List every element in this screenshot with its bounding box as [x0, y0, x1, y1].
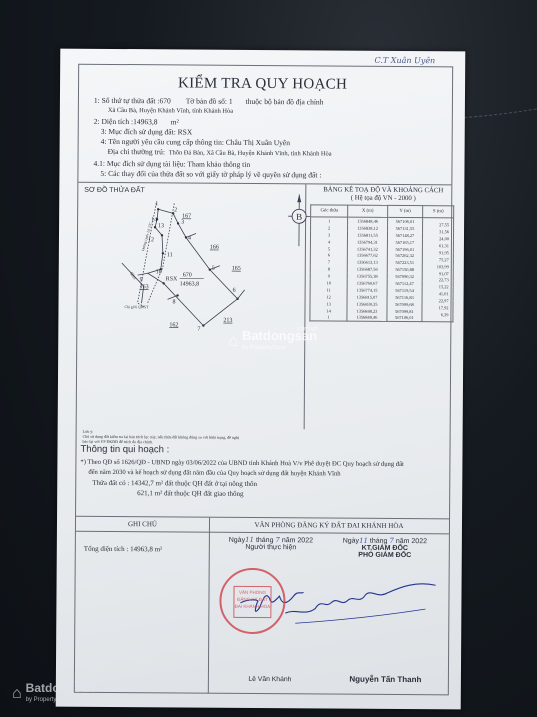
date-day: 11 — [245, 536, 254, 544]
table-row: 11356848,46567106,016,39 — [310, 314, 453, 322]
vertex-14: 14 — [151, 217, 157, 223]
distance: 6,39 — [422, 311, 453, 319]
right-signer-name: Nguyễn Tấn Thanh — [333, 675, 438, 685]
right-signature-scribble — [275, 568, 445, 629]
stamp-text: VĂN PHÒNG ĐĂNG KÝ ĐẤT ĐAI KHÁNH HÒA — [233, 586, 271, 618]
vertex-12: 12 — [148, 237, 154, 243]
right-signature-block: Ngày11 tháng 7 năm 2022 KT.GIÁM ĐỐC PHÓ … — [326, 536, 444, 559]
left-signature-block: Ngày11 tháng 7 năm 2022 Người thực hiện — [212, 536, 330, 552]
vertex-2: 2 — [174, 207, 177, 213]
neighbor-parcel-167: 167 — [182, 213, 191, 219]
right-role-2: PHÓ GIÁM ĐỐC — [326, 551, 444, 559]
document-title: KIỂM TRA QUY HOẠCH — [60, 75, 465, 95]
coordinate-table: Góc thửaX (m)Y (m)S (m) 11356848,4656710… — [309, 204, 454, 322]
column-header: X (m) — [348, 205, 388, 217]
planning-document: C.T Xuân Uyên KIỂM TRA QUY HOẠCH 1: Số t… — [56, 49, 466, 710]
area-unit: m² — [171, 117, 179, 126]
vertex-3: 3 — [181, 219, 184, 225]
planning-heading: Thông tin qui hoạch : — [80, 445, 449, 458]
coordinate-system: ( Hệ tọa độ VN - 2000 ) — [310, 194, 456, 203]
vertex-1: 1 — [155, 201, 158, 207]
column-header: Y (m) — [387, 205, 423, 217]
vertex-5: 5 — [212, 266, 215, 272]
svg-text:14963,8: 14963,8 — [180, 281, 200, 287]
neighbor-parcel-213: 213 — [223, 318, 232, 324]
coordinate-table-panel: BẢNG KÊ TOẠ ĐỘ VÀ KHOẢNG CÁCH ( Hệ tọa đ… — [309, 186, 456, 322]
residence: Thôn Đá Bàn, Xã Cầu Bà, Huyện Khánh Vĩnh… — [169, 150, 332, 158]
date-label: Ngày — [343, 538, 359, 545]
north-compass-icon: B — [288, 194, 310, 246]
svg-text:670: 670 — [183, 272, 192, 278]
watermark-domain: .com.vn — [296, 323, 317, 335]
parcel-diagram: 1 2 3 4 5 6 7 8 9 10 11 12 13 14 167 166… — [77, 183, 305, 425]
vertex-4: 4 — [188, 235, 191, 241]
vertex-9: 9 — [140, 277, 143, 283]
left-signer-name: Lê Văn Khánh — [225, 676, 315, 684]
signature-section: GHI CHÚ VĂN PHÒNG ĐĂNG KÝ ĐẤT ĐAI KHÁNH … — [75, 516, 449, 696]
parcel-info: 1: Số thứ tự thửa đất :670 Tờ bản đồ số:… — [93, 96, 454, 182]
watermark-sub: by PropertyGuru — [26, 694, 95, 706]
map-set: thuộc bộ bản đồ địa chính — [246, 97, 324, 107]
parcel-area: 2: Diện tích :14963,8 — [94, 116, 158, 125]
neighbor-parcel-163: 163 — [140, 284, 149, 290]
left-role: Người thực hiện — [212, 544, 330, 552]
y-coord: 567106,01 — [387, 314, 423, 322]
map-sheet: Tờ bản đồ số: 1 — [186, 96, 233, 105]
svg-text:B: B — [296, 212, 302, 222]
office-header: VĂN PHÒNG ĐĂNG KÝ ĐẤT ĐAI KHÁNH HÒA — [209, 521, 449, 531]
batdongsan-logo-icon: ⌂ — [228, 333, 238, 351]
planning-info: Thông tin qui hoạch : *) Theo QĐ số 1626… — [76, 445, 449, 501]
vertex-8: 8 — [173, 299, 176, 305]
watermark-sub: by PropertyGuru — [242, 342, 317, 355]
vertex-11: 11 — [167, 252, 173, 258]
svg-text:RSX: RSX — [166, 276, 178, 282]
residence-label: Địa chỉ thường trú: — [108, 147, 165, 156]
watermark-center: ⌂ Batdongsan.com.vnby PropertyGuru — [228, 330, 317, 355]
column-header: Góc thửa — [311, 205, 348, 217]
notes-header: GHI CHÚ — [76, 520, 209, 529]
neighbor-parcel-166: 166 — [210, 245, 219, 251]
x-coord: 1356848,46 — [347, 314, 386, 322]
vertex-6: 6 — [233, 288, 236, 294]
handwritten-note: C.T Xuân Uyên — [374, 56, 435, 65]
neighbor-parcel-162: 162 — [169, 322, 178, 328]
svg-text:Chỉ giới QHGT: Chỉ giới QHGT — [124, 305, 149, 309]
watermark-corner: ⌂ Batdongsan.com.vnby PropertyGuru — [12, 682, 95, 706]
total-area: Tổng diện tích : 14963,8 m² — [84, 545, 162, 554]
date-month: 7 — [389, 537, 394, 545]
diagram-section: SƠ ĐỒ THỬA ĐẤT 1 2 3 — [77, 182, 452, 431]
vertex-13: 13 — [158, 223, 164, 229]
vertex-10: 10 — [156, 269, 162, 275]
date-day: 11 — [359, 537, 368, 545]
batdongsan-logo-icon: ⌂ — [12, 685, 22, 703]
point: 1 — [310, 314, 347, 322]
neighbor-parcel-165: 165 — [232, 266, 241, 272]
watermark-domain: .com.vn — [74, 675, 95, 687]
date-month: 7 — [275, 536, 280, 544]
date-label: Ngày — [229, 537, 245, 544]
vertex-7: 7 — [197, 327, 200, 333]
parcel-number: 1: Số thứ tự thửa đất :670 — [94, 96, 171, 106]
